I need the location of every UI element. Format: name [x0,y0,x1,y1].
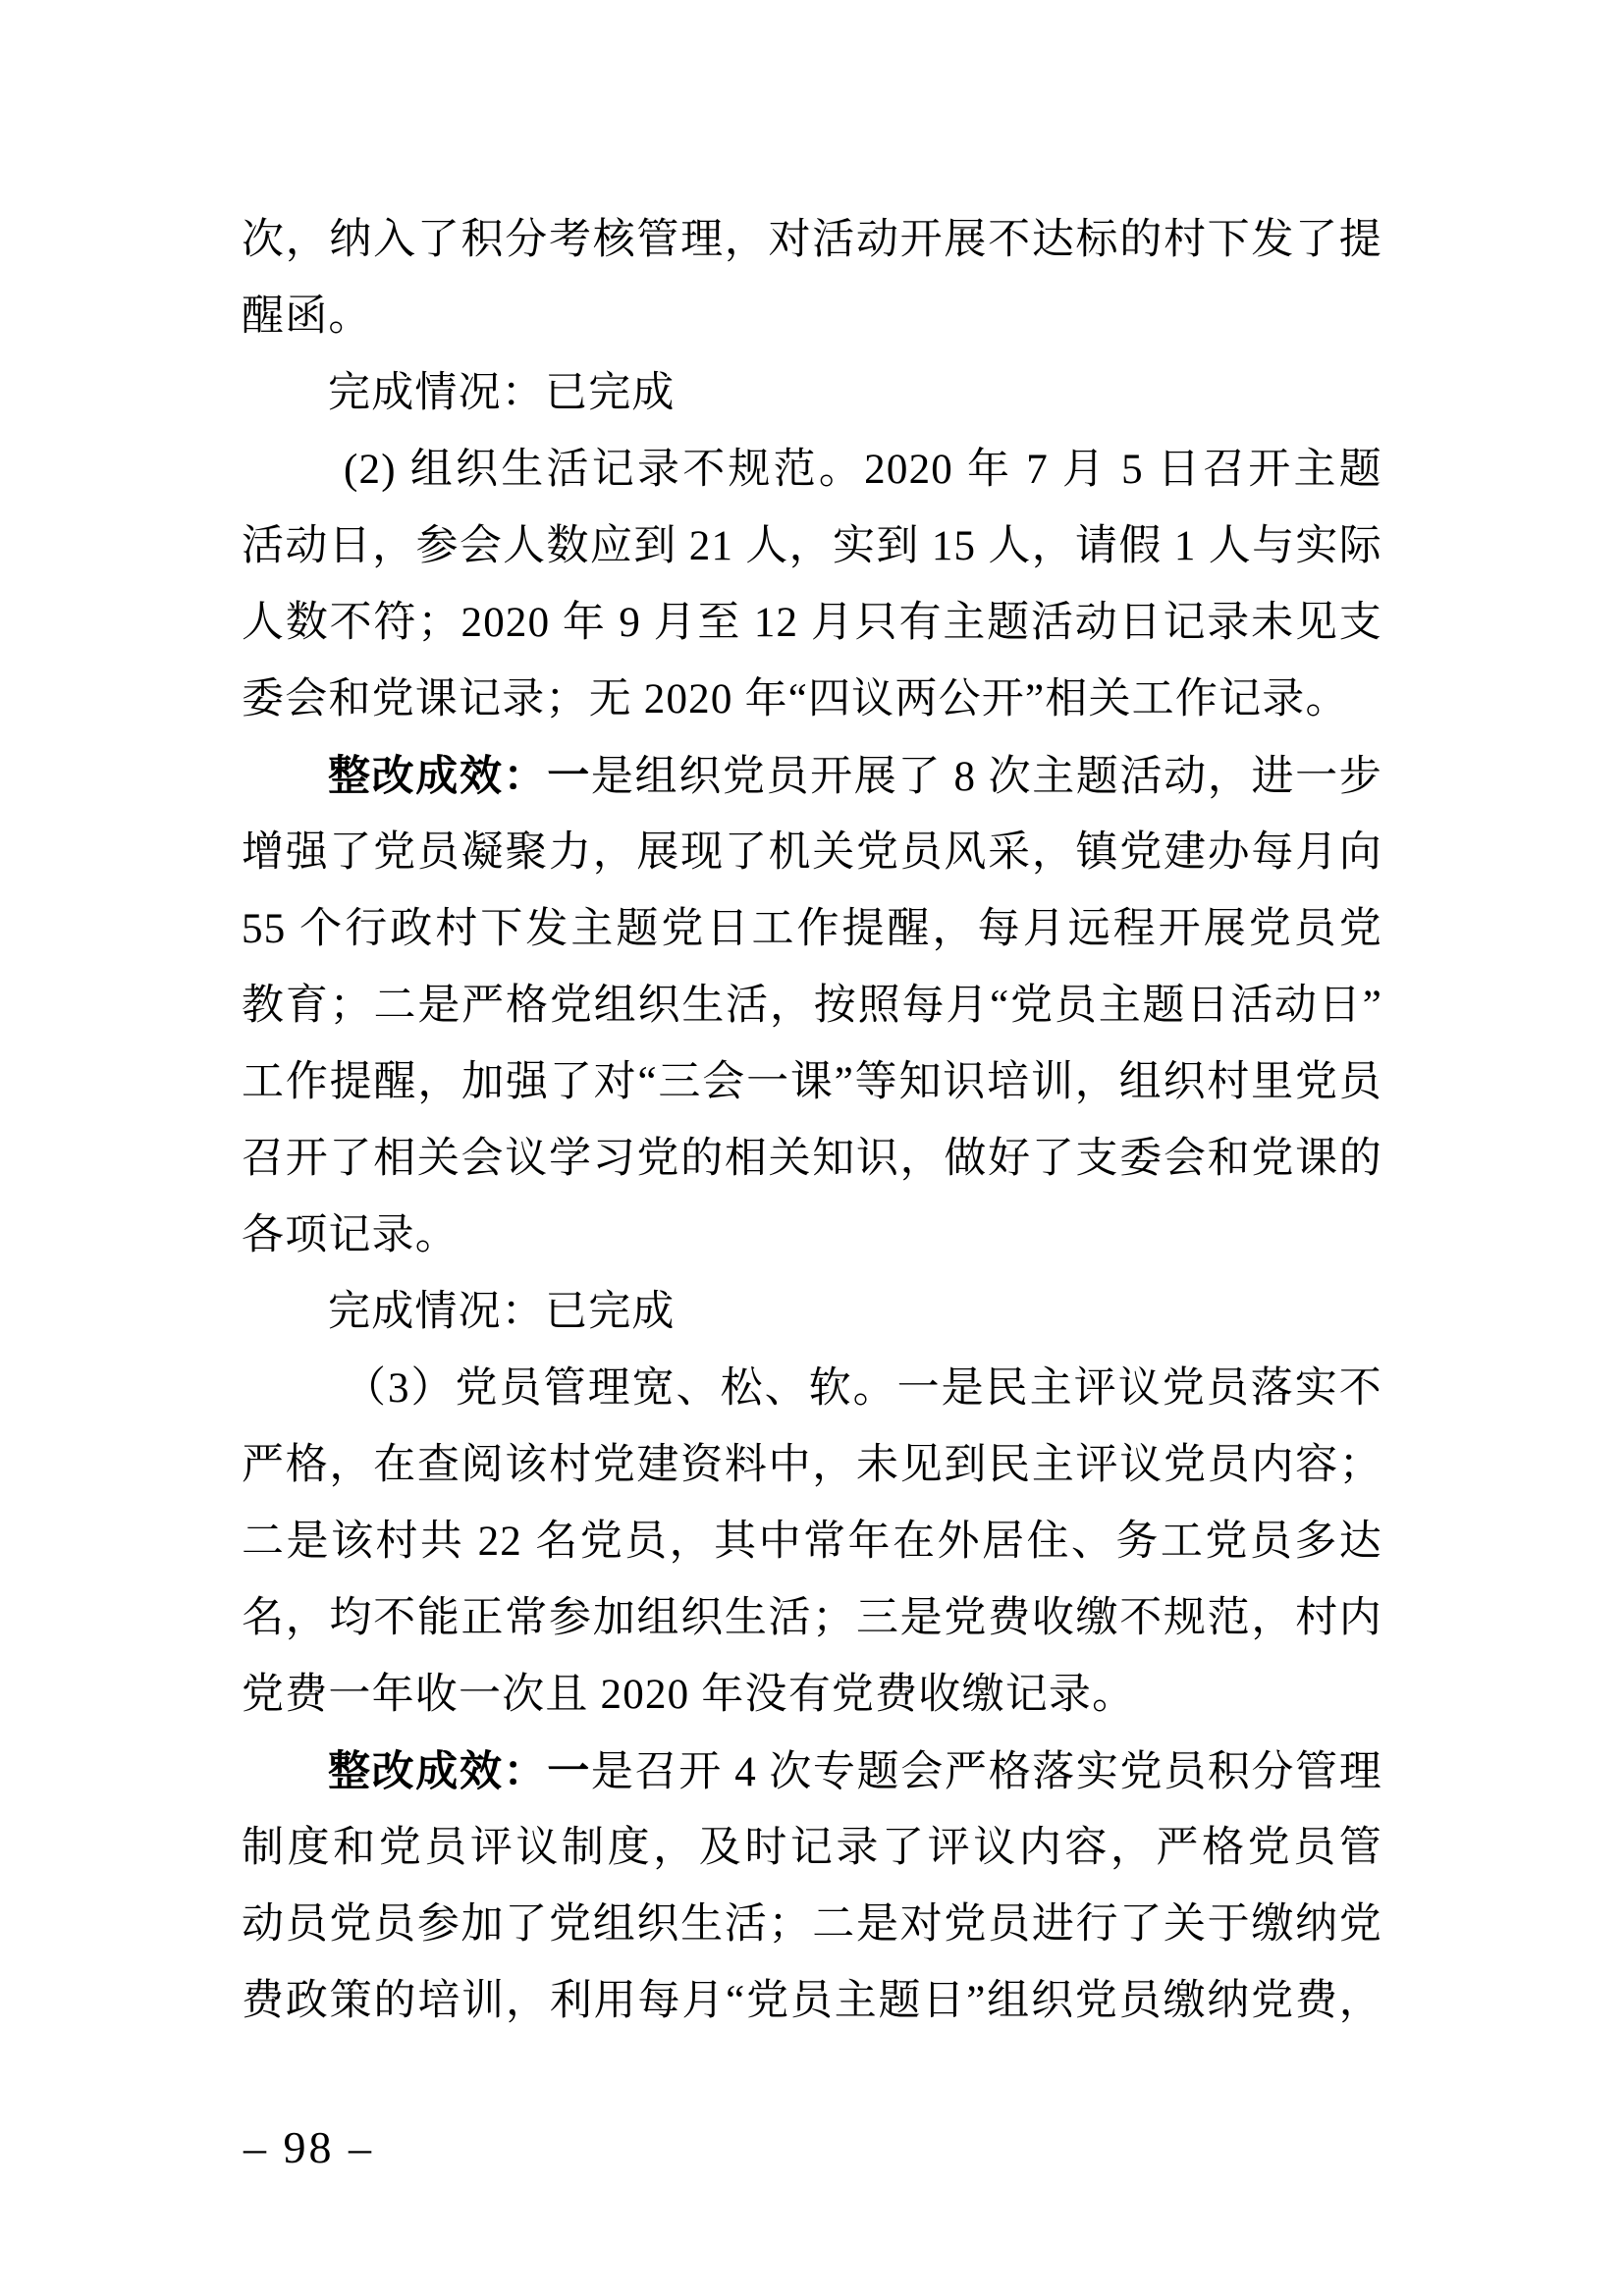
text-line: 召开了相关会议学习党的相关知识，做好了支委会和党课的 [242,1121,1382,1198]
page-number: – 98 – [244,2118,374,2177]
line-text: 费政策的培训，利用每月“党员主题日”组织党员缴纳党费， [242,1978,1382,2024]
text-line: 次，纳入了积分考核管理，对活动开展不达标的村下发了提 [242,202,1382,279]
text-line: 二是该村共 22 名党员，其中常年在外居住、务工党员多达 7 [242,1504,1382,1580]
text-line: (2) 组织生活记录不规范。2020 年 7 月 5 日召开主题 [242,432,1382,508]
text-line: 55 个行政村下发主题党日工作提醒，每月远程开展党员党性 [242,891,1382,968]
line-text: 增强了党员凝聚力，展现了机关党员风采，镇党建办每月向 [242,829,1382,876]
text-line: 委会和党课记录；无 2020 年“四议两公开”相关工作记录。 [242,662,1382,738]
document-content: 次，纳入了积分考核管理，对活动开展不达标的村下发了提醒函。完成情况：已完成(2)… [242,202,1382,2040]
line-text: 工作提醒，加强了对“三会一课”等知识培训，组织村里党员 [242,1059,1382,1105]
line-text: 是组织党员开展了 8 次主题活动，进一步 [591,754,1382,800]
text-line: 工作提醒，加强了对“三会一课”等知识培训，组织村里党员 [242,1044,1382,1121]
document-page: 次，纳入了积分考核管理，对活动开展不达标的村下发了提醒函。完成情况：已完成(2)… [0,0,1624,2296]
line-text: 严格，在查阅该村党建资料中，未见到民主评议党员内容； [242,1442,1382,1488]
text-line: 完成情况：已完成 [242,355,1382,432]
text-line: 制度和党员评议制度，及时记录了评议内容，严格党员管理， [242,1810,1382,1887]
line-text: （3）党员管理宽、松、软。一是民主评议党员落实不 [344,1365,1382,1412]
line-text: 次，纳入了积分考核管理，对活动开展不达标的村下发了提 [242,217,1382,263]
text-line: 党费一年收一次且 2020 年没有党费收缴记录。 [242,1657,1382,1734]
line-text: 活动日，参会人数应到 21 人，实到 15 人，请假 1 人与实际 [242,523,1382,569]
text-line: 完成情况：已完成 [242,1274,1382,1351]
line-text: 各项记录。 [242,1212,459,1258]
text-line: 教育；二是严格党组织生活，按照每月“党员主题日活动日” [242,968,1382,1044]
text-line: 整改成效：一是组织党员开展了 8 次主题活动，进一步 [242,738,1382,815]
text-line: 人数不符；2020 年 9 月至 12 月只有主题活动日记录未见支 [242,585,1382,662]
text-line: （3）党员管理宽、松、软。一是民主评议党员落实不 [242,1351,1382,1427]
line-text: 二是该村共 22 名党员，其中常年在外居住、务工党员多达 7 [242,1519,1382,1580]
bold-label: 整改成效：一 [328,752,591,801]
line-text: 召开了相关会议学习党的相关知识，做好了支委会和党课的 [242,1136,1382,1182]
line-text: 名，均不能正常参加组织生活；三是党费收缴不规范，村内 [242,1595,1382,1641]
line-text: 制度和党员评议制度，及时记录了评议内容，严格党员管理， [242,1825,1382,1887]
line-text: 动员党员参加了党组织生活；二是对党员进行了关于缴纳党 [242,1901,1382,1948]
text-line: 费政策的培训，利用每月“党员主题日”组织党员缴纳党费， [242,1963,1382,2040]
text-line: 醒函。 [242,279,1382,355]
bold-label: 整改成效：一 [328,1747,591,1796]
text-line: 名，均不能正常参加组织生活；三是党费收缴不规范，村内 [242,1580,1382,1657]
line-text: (2) 组织生活记录不规范。2020 年 7 月 5 日召开主题 [344,447,1382,493]
line-text: 教育；二是严格党组织生活，按照每月“党员主题日活动日” [242,983,1382,1029]
line-text: 是召开 4 次专题会严格落实党员积分管理 [591,1749,1382,1795]
text-line: 各项记录。 [242,1198,1382,1274]
line-text: 人数不符；2020 年 9 月至 12 月只有主题活动日记录未见支 [242,600,1382,646]
text-line: 增强了党员凝聚力，展现了机关党员风采，镇党建办每月向 [242,815,1382,891]
line-text: 55 个行政村下发主题党日工作提醒，每月远程开展党员党性 [242,906,1382,968]
line-text: 委会和党课记录；无 2020 年“四议两公开”相关工作记录。 [242,676,1349,722]
line-text: 党费一年收一次且 2020 年没有党费收缴记录。 [242,1672,1135,1718]
text-line: 动员党员参加了党组织生活；二是对党员进行了关于缴纳党 [242,1887,1382,1963]
text-line: 严格，在查阅该村党建资料中，未见到民主评议党员内容； [242,1427,1382,1504]
line-text: 完成情况：已完成 [328,1289,676,1335]
line-text: 醒函。 [242,294,372,340]
line-text: 完成情况：已完成 [328,370,676,416]
text-line: 整改成效：一是召开 4 次专题会严格落实党员积分管理 [242,1734,1382,1810]
text-line: 活动日，参会人数应到 21 人，实到 15 人，请假 1 人与实际 [242,508,1382,585]
